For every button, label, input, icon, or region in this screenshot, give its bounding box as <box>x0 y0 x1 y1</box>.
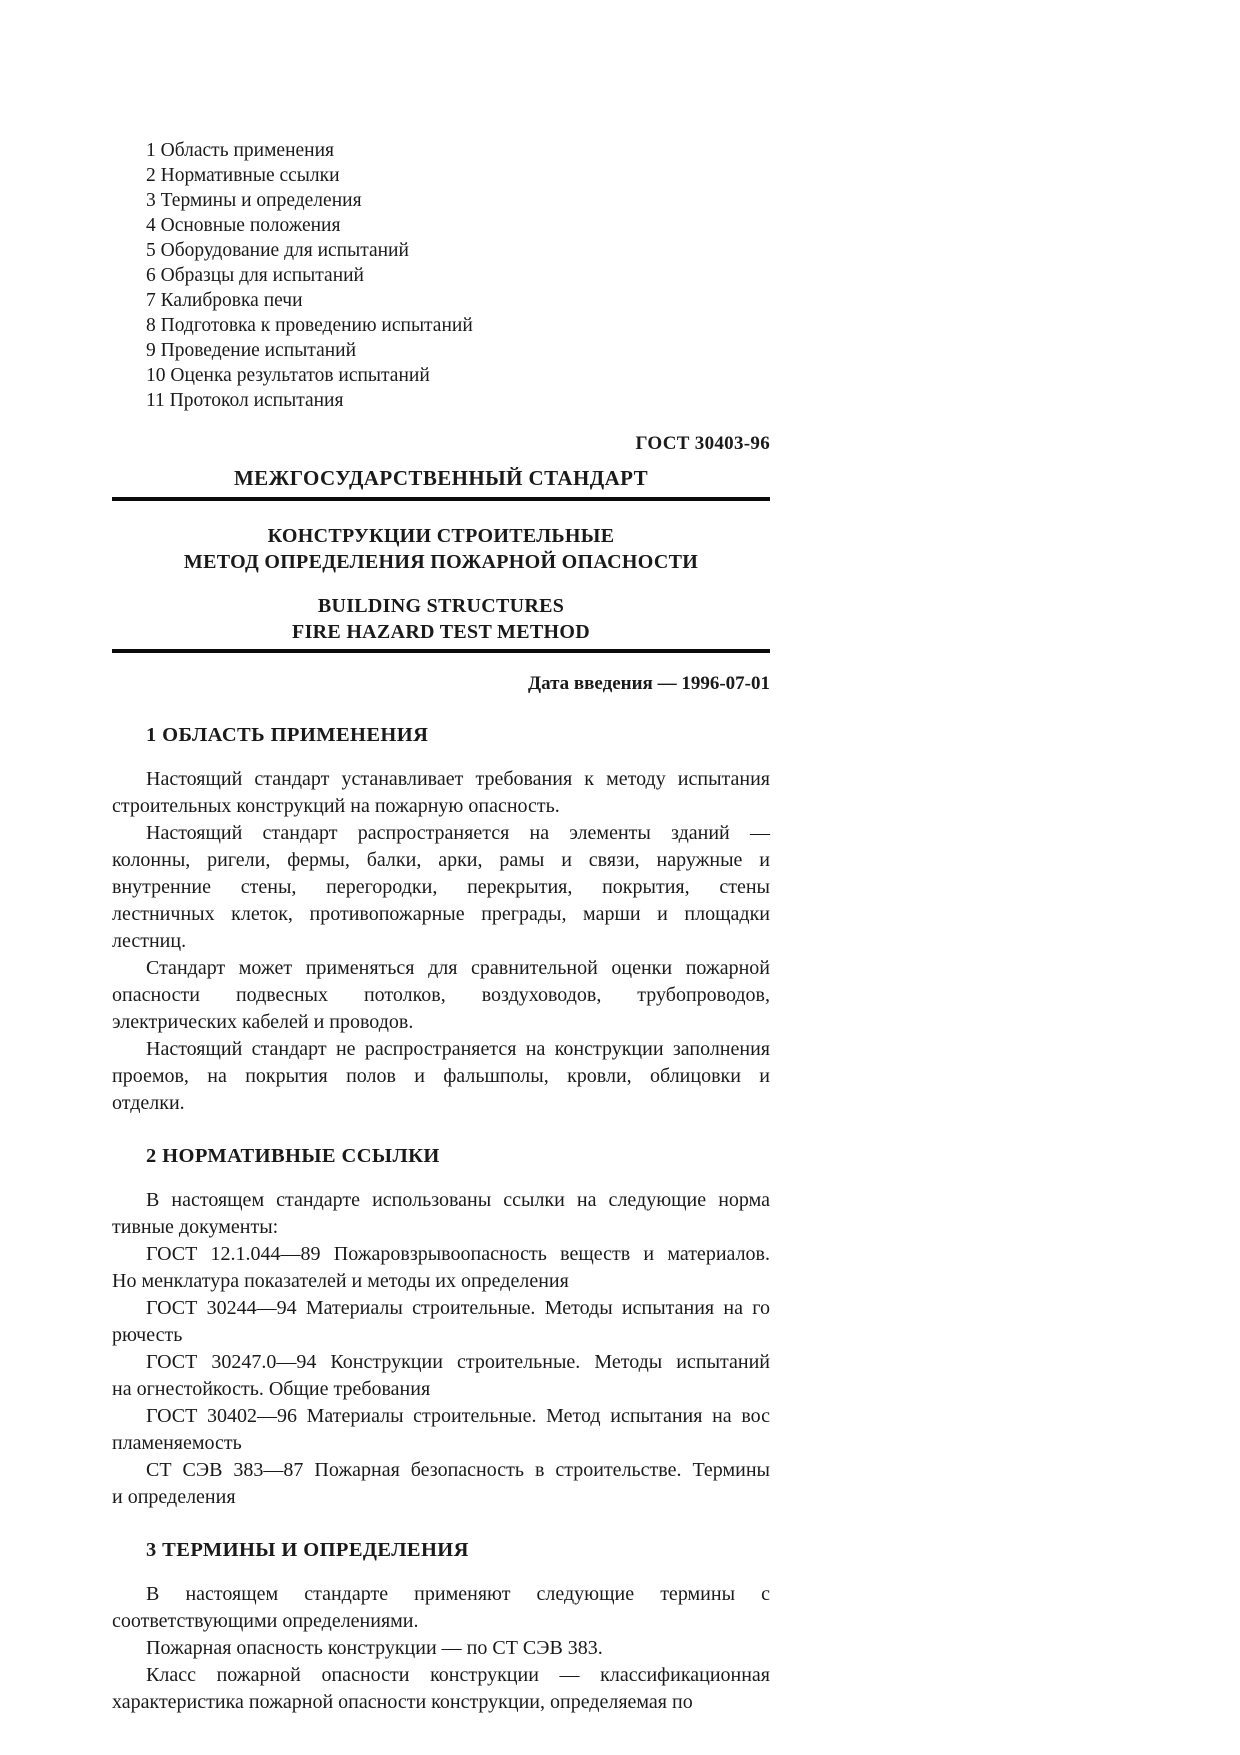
section-heading: 3 ТЕРМИНЫ И ОПРЕДЕЛЕНИЯ <box>146 1537 770 1563</box>
horizontal-rule-top <box>112 497 770 501</box>
toc-item: 8 Подготовка к проведению испытаний <box>146 313 770 338</box>
text-line: Настоящий стандарт устанавливает требова… <box>112 766 770 793</box>
text-line: тивные документы: <box>112 1214 770 1241</box>
effective-date: Дата введения — 1996-07-01 <box>112 671 770 696</box>
doc-number: ГОСТ 30403-96 <box>112 431 770 456</box>
text-line: соответствующими определениями. <box>112 1608 770 1635</box>
paragraph: Настоящий стандарт не распространяется н… <box>112 1036 770 1117</box>
text-line: ГОСТ 12.1.044—89 Пожаровзрывоопасность в… <box>112 1241 770 1268</box>
title-russian: КОНСТРУКЦИИ СТРОИТЕЛЬНЫЕ МЕТОД ОПРЕДЕЛЕН… <box>112 523 770 575</box>
text-line: В настоящем стандарте применяют следующи… <box>112 1581 770 1608</box>
horizontal-rule-bottom <box>112 649 770 653</box>
text-line: Класс пожарной опасности конструкции — к… <box>112 1662 770 1689</box>
text-line: ГОСТ 30402—96 Материалы строительные. Ме… <box>112 1403 770 1430</box>
paragraph: Пожарная опасность конструкции — по СТ С… <box>112 1635 770 1662</box>
text-line: характеристика пожарной опасности констр… <box>112 1689 770 1716</box>
text-line: Пожарная опасность конструкции — по СТ С… <box>112 1635 770 1662</box>
text-line: и определения <box>112 1484 770 1511</box>
document-section: 1 ОБЛАСТЬ ПРИМЕНЕНИЯНастоящий стандарт у… <box>112 722 770 1117</box>
paragraph: Класс пожарной опасности конструкции — к… <box>112 1662 770 1716</box>
paragraph: Настоящий стандарт устанавливает требова… <box>112 766 770 820</box>
table-of-contents: 1 Область применения2 Нормативные ссылки… <box>146 138 770 413</box>
text-line: опасности подвесных потолков, воздуховод… <box>112 982 770 1009</box>
text-line: пламеняемость <box>112 1430 770 1457</box>
toc-item: 4 Основные положения <box>146 213 770 238</box>
text-line: отделки. <box>112 1090 770 1117</box>
toc-item: 3 Термины и определения <box>146 188 770 213</box>
toc-item: 1 Область применения <box>146 138 770 163</box>
text-line: Стандарт может применяться для сравнител… <box>112 955 770 982</box>
title-ru-line2: МЕТОД ОПРЕДЕЛЕНИЯ ПОЖАРНОЙ ОПАСНОСТИ <box>112 549 770 575</box>
toc-item: 6 Образцы для испытаний <box>146 263 770 288</box>
toc-item: 9 Проведение испытаний <box>146 338 770 363</box>
toc-item: 11 Протокол испытания <box>146 388 770 413</box>
text-line: СТ СЭВ 383—87 Пожарная безопасность в ст… <box>112 1457 770 1484</box>
paragraph: ГОСТ 30402—96 Материалы строительные. Ме… <box>112 1403 770 1457</box>
text-line: В настоящем стандарте использованы ссылк… <box>112 1187 770 1214</box>
document-page: 1 Область применения2 Нормативные ссылки… <box>0 0 1240 1755</box>
title-en-line1: BUILDING STRUCTURES <box>112 593 770 619</box>
text-line: ГОСТ 30247.0—94 Конструкции строительные… <box>112 1349 770 1376</box>
toc-item: 10 Оценка результатов испытаний <box>146 363 770 388</box>
toc-item: 5 Оборудование для испытаний <box>146 238 770 263</box>
standard-type-heading: МЕЖГОСУДАРСТВЕННЫЙ СТАНДАРТ <box>112 465 770 491</box>
paragraph: ГОСТ 30244—94 Материалы строительные. Ме… <box>112 1295 770 1349</box>
text-line: Настоящий стандарт не распространяется н… <box>112 1036 770 1063</box>
text-line: Настоящий стандарт распространяется на э… <box>112 820 770 847</box>
paragraph: В настоящем стандарте использованы ссылк… <box>112 1187 770 1241</box>
paragraph: Стандарт может применяться для сравнител… <box>112 955 770 1036</box>
text-line: электрических кабелей и проводов. <box>112 1009 770 1036</box>
toc-item: 7 Калибровка печи <box>146 288 770 313</box>
text-line: строительных конструкций на пожарную опа… <box>112 793 770 820</box>
title-en-line2: FIRE HAZARD TEST METHOD <box>112 619 770 645</box>
paragraph: ГОСТ 12.1.044—89 Пожаровзрывоопасность в… <box>112 1241 770 1295</box>
text-line: колонны, ригели, фермы, балки, арки, рам… <box>112 847 770 874</box>
text-line: ГОСТ 30244—94 Материалы строительные. Ме… <box>112 1295 770 1322</box>
paragraph: ГОСТ 30247.0—94 Конструкции строительные… <box>112 1349 770 1403</box>
title-ru-line1: КОНСТРУКЦИИ СТРОИТЕЛЬНЫЕ <box>112 523 770 549</box>
document-section: 2 НОРМАТИВНЫЕ ССЫЛКИВ настоящем стандарт… <box>112 1143 770 1511</box>
toc-item: 2 Нормативные ссылки <box>146 163 770 188</box>
text-column: 1 Область применения2 Нормативные ссылки… <box>112 0 770 1716</box>
text-line: лестниц. <box>112 928 770 955</box>
text-line: рючесть <box>112 1322 770 1349</box>
document-section: 3 ТЕРМИНЫ И ОПРЕДЕЛЕНИЯВ настоящем станд… <box>112 1537 770 1716</box>
paragraph: СТ СЭВ 383—87 Пожарная безопасность в ст… <box>112 1457 770 1511</box>
section-heading: 1 ОБЛАСТЬ ПРИМЕНЕНИЯ <box>146 722 770 748</box>
text-line: Но менклатура показателей и методы их оп… <box>112 1268 770 1295</box>
text-line: проемов, на покрытия полов и фальшполы, … <box>112 1063 770 1090</box>
section-heading: 2 НОРМАТИВНЫЕ ССЫЛКИ <box>146 1143 770 1169</box>
paragraph: В настоящем стандарте применяют следующи… <box>112 1581 770 1635</box>
paragraph: Настоящий стандарт распространяется на э… <box>112 820 770 955</box>
text-line: на огнестойкость. Общие требования <box>112 1376 770 1403</box>
text-line: внутренние стены, перегородки, перекрыти… <box>112 874 770 901</box>
sections-container: 1 ОБЛАСТЬ ПРИМЕНЕНИЯНастоящий стандарт у… <box>112 722 770 1716</box>
text-line: лестничных клеток, противопожарные прегр… <box>112 901 770 928</box>
title-english: BUILDING STRUCTURES FIRE HAZARD TEST MET… <box>112 593 770 645</box>
